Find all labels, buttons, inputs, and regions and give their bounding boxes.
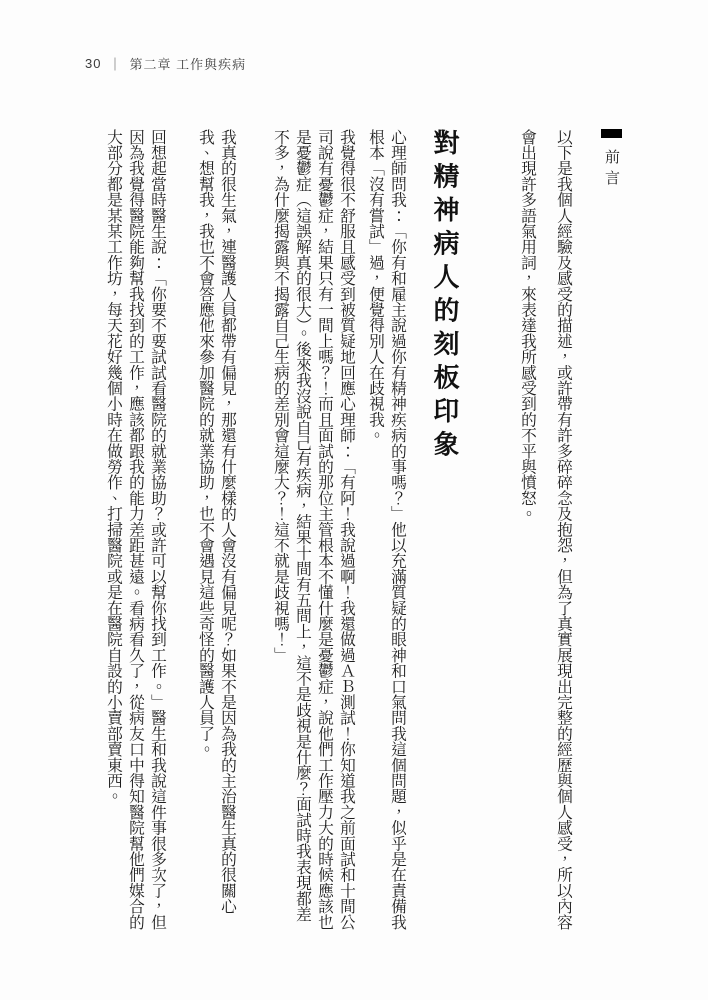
body-paragraph-2: 我覺得很不舒服且感受到被質疑地回應心理師：「有阿！我說過啊！我還做過ＡＢ測試！你…: [269, 129, 357, 935]
body-paragraph-4: 回想起當時醫生說：「你要不要試試看醫院的就業協助？或許可以幫你找到工作。」醫生和…: [102, 129, 168, 935]
body-paragraph-1: 心理師問我：「你有和雇主說過你有精神疾病的事嗎？」他以充滿質疑的眼神和口氣問我這…: [364, 129, 408, 935]
running-head: 30 ｜ 第二章 工作與疾病: [85, 54, 246, 73]
book-page: 30 ｜ 第二章 工作與疾病 前言 以下是我個人經驗及感受的描述，或許帶有許多碎…: [0, 0, 708, 1000]
page-number: 30: [85, 56, 101, 71]
header-divider: ｜: [108, 54, 122, 73]
vertical-text-area: 前言 以下是我個人經驗及感受的描述，或許帶有許多碎碎念及抱怨，但為了真實展現出完…: [102, 129, 622, 935]
section-title: 對精神病人的刻板印象: [428, 129, 462, 935]
section-marker-icon: [601, 129, 622, 138]
preface-paragraph: 以下是我個人經驗及感受的描述，或許帶有許多碎碎念及抱怨，但為了真實展現出完整的經…: [509, 129, 581, 935]
chapter-title: 第二章 工作與疾病: [129, 54, 246, 73]
preface-label: 前言: [603, 149, 619, 191]
body-paragraph-3: 我真的很生氣，連醫護人員都帶有偏見，那還有什麼樣的人會沒有偏見呢？如果不是因為我…: [194, 129, 238, 935]
preface-heading: 前言: [600, 129, 622, 935]
